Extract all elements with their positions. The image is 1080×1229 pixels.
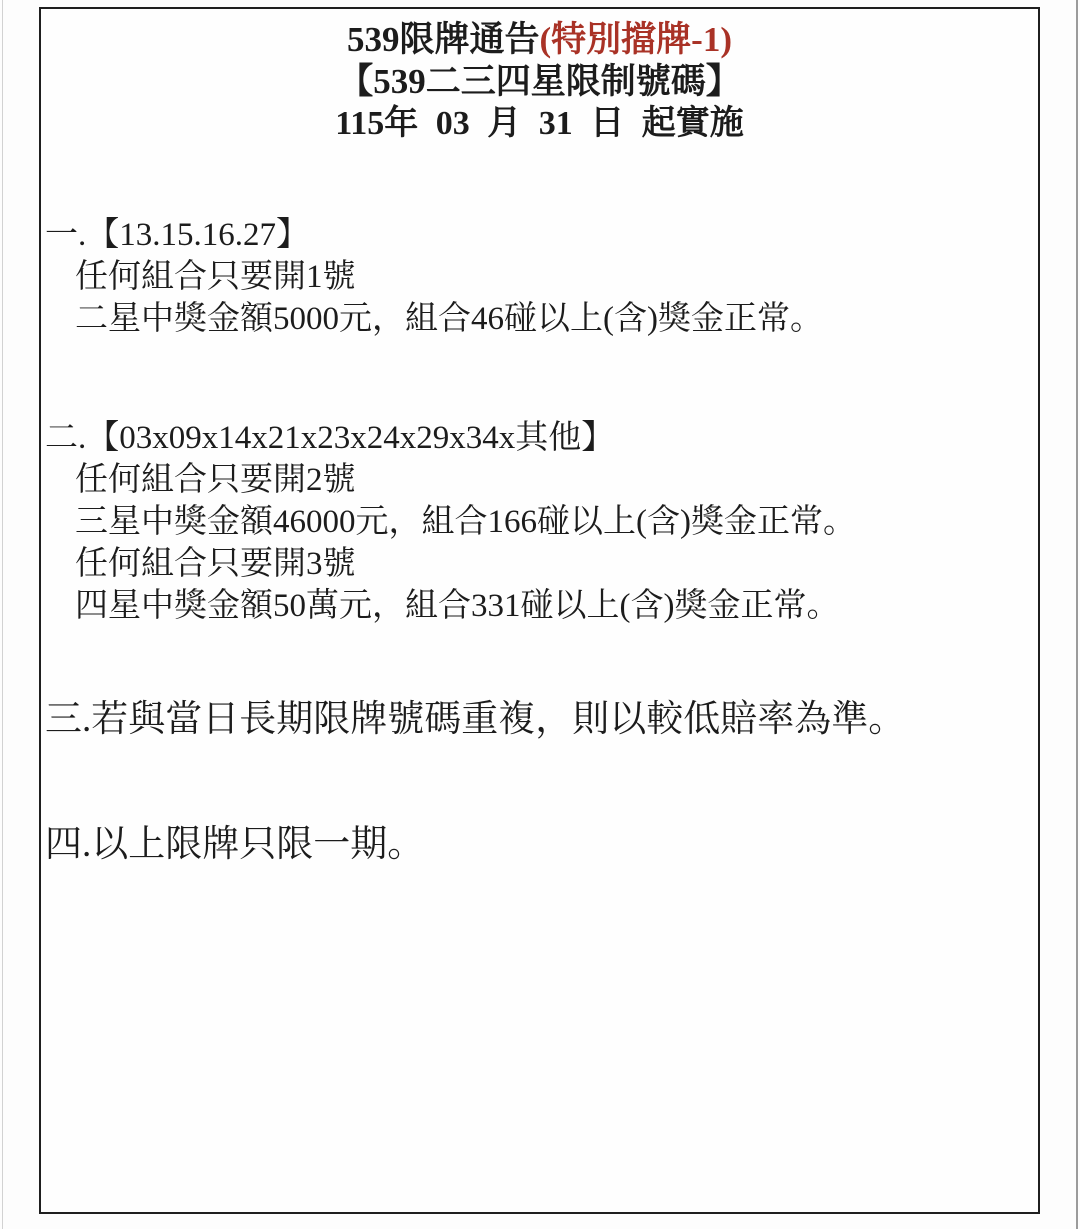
notice-border-box: 539限牌通告(特別擋牌-1) 【539二三四星限制號碼】 115年 03 月 …: [39, 7, 1040, 1214]
section-1-heading: 一.【13.15.16.27】: [45, 214, 1035, 256]
section-4-heading: 四.以上限牌只限一期。: [45, 822, 1035, 868]
page-edge-right-line: [1076, 0, 1078, 1229]
section-1-line-1: 任何組合只要開1號: [45, 256, 1035, 298]
section-2-heading: 二.【03x09x14x21x23x24x29x34x其他】: [45, 417, 1035, 459]
notice-title-highlight: (特別擋牌-1): [540, 20, 732, 59]
section-4: 四.以上限牌只限一期。: [45, 822, 1035, 868]
section-2-line-2: 三星中獎金額46000元，組合166碰以上(含)獎金正常。: [45, 501, 1035, 543]
notice-title-main: 539限牌通告: [347, 20, 540, 59]
section-3-heading: 三.若與當日長期限牌號碼重複，則以較低賠率為準。: [45, 697, 1035, 743]
section-1: 一.【13.15.16.27】 任何組合只要開1號 二星中獎金額5000元，組合…: [45, 214, 1035, 340]
effective-date: 115年 03 月 31 日 起實施: [41, 103, 1038, 145]
notice-title: 539限牌通告(特別擋牌-1): [41, 19, 1038, 61]
section-2-line-1: 任何組合只要開2號: [45, 459, 1035, 501]
notice-subtitle: 【539二三四星限制號碼】: [41, 61, 1038, 103]
title-group: 539限牌通告(特別擋牌-1) 【539二三四星限制號碼】 115年 03 月 …: [41, 19, 1038, 145]
notice-page: 539限牌通告(特別擋牌-1) 【539二三四星限制號碼】 115年 03 月 …: [0, 0, 1080, 1229]
section-2-line-4: 四星中獎金額50萬元，組合331碰以上(含)獎金正常。: [45, 585, 1035, 627]
section-3: 三.若與當日長期限牌號碼重複，則以較低賠率為準。: [45, 697, 1035, 743]
page-edge-left-line: [2, 0, 3, 1229]
section-2: 二.【03x09x14x21x23x24x29x34x其他】 任何組合只要開2號…: [45, 417, 1035, 627]
section-2-line-3: 任何組合只要開3號: [45, 543, 1035, 585]
section-1-line-2: 二星中獎金額5000元，組合46碰以上(含)獎金正常。: [45, 298, 1035, 340]
